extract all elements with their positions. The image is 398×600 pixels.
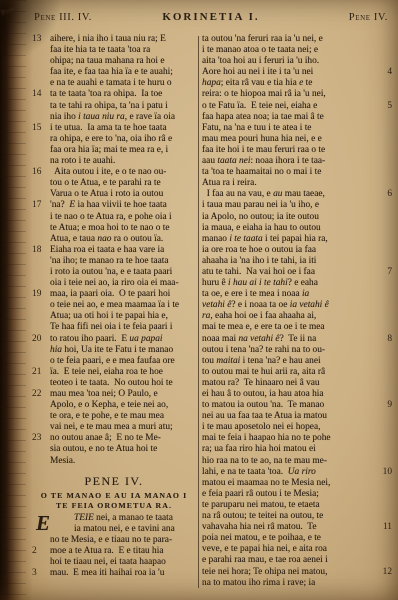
verse-line: Mesia. xyxy=(30,456,198,467)
verse-text: e na te auahi e tamata i te huru o xyxy=(50,78,172,88)
verse-line: 3mau. E mea iti haihai roa ia 'u xyxy=(30,568,198,579)
verse-text: tou o te Atua, e te parahi ra te xyxy=(50,178,161,188)
verse-line: 8noaa mai na vetahi ê? Te ii na xyxy=(202,334,392,345)
verse-text: Apolo, e o Kepha, e teie nei ao, xyxy=(50,400,168,410)
verse-text: ta outou 'na feruri raa ia 'u nei, e xyxy=(202,34,323,44)
verse-line: Atua; ua oti hoi i te papai hia e, xyxy=(30,311,198,322)
verse-text: i taua mau parau nei ia 'u iho, e xyxy=(202,200,319,210)
verse-text: to matou ia outou 'na. Te manao xyxy=(202,400,324,410)
verse-text: ei hau â to outou, ia hau atoa hia xyxy=(202,389,324,399)
verse-text: teoteo i te taata. No outou hoi te xyxy=(50,378,173,388)
verse-text: Atua; ua oti hoi i te papai hia e, xyxy=(50,311,168,321)
verse-text: no outou anae â; E no te Me- xyxy=(50,433,161,443)
verse-text: ta 'toa te haamaitai no o mai i te xyxy=(202,167,321,177)
verse-line: i te manao atoa o te taata nei; e xyxy=(202,45,392,56)
verse-line: mai te feia i haapao hia no te pohe xyxy=(202,433,392,444)
verse-text: vetahi ê? e i noaa ta oe ia vetahi ê xyxy=(202,300,329,310)
verse-text: faa ite hia ta te taata 'toa ra xyxy=(50,45,150,55)
verse-line: matou ra? Te hinaaro nei â vau xyxy=(202,378,392,389)
verse-number: 6 xyxy=(387,189,392,200)
verse-number: 2 xyxy=(32,546,37,557)
verse-text: mau. E mea iti haihai roa ia 'u xyxy=(50,568,164,578)
verse-line: hia hoi, Ua ite te Fatu i te manao xyxy=(30,345,198,356)
verse-line: i taua mau parau nei ia 'u iho, e xyxy=(202,200,392,211)
verse-text: ia ore roa te hoe o outou ia faa xyxy=(202,245,316,255)
verse-line: ta outou 'na feruri raa ia 'u nei, e xyxy=(202,34,392,45)
verse-line: e na te auahi e tamata i te huru o xyxy=(30,78,198,89)
right-column-verses: ta outou 'na feruri raa ia 'u nei, ei te… xyxy=(202,34,392,589)
verse-number: 8 xyxy=(387,334,392,345)
verse-text: I faa au na vau, e au mau taeae, xyxy=(202,189,325,199)
verse-text: 'na? E ia haa viivii te hoe taata xyxy=(50,200,167,210)
verse-line: na to matou iho rima i rave; ia xyxy=(202,578,392,589)
verse-line: Atua ra i reira. xyxy=(202,178,392,189)
verse-text: na râ outou; te teitei na outou, te xyxy=(202,511,323,521)
column-divider-rule xyxy=(198,36,199,588)
verse-text: e feia paari râ outou i te Mesia; xyxy=(202,489,319,499)
verse-line: nia iho i taua niu ra, e rave ïa oia xyxy=(30,112,198,123)
drop-cap-letter: E xyxy=(36,513,50,535)
verse-line: ia matou nei, e e tavini ana xyxy=(54,524,175,535)
verse-line: nei au ua faa taa te Atua ia matou xyxy=(202,411,392,422)
left-text-column: 13aihere, i nia iho i taua niu ra; Efaa … xyxy=(30,34,198,579)
verse-line: ra; ua faa riro hia hoi matou ei xyxy=(202,444,392,455)
verse-line: 15i te utua. Ia ama ta te hoe taata xyxy=(30,123,198,134)
verse-line: 14ta te taata 'toa ra ohipa. Ia toe xyxy=(30,89,198,100)
verse-text: ra, eaha hoi oe i faa ahaaha ai, xyxy=(202,311,316,321)
verse-line: mai te mea e, e ere ta oe i te mea xyxy=(202,322,392,333)
verse-text: na to matou iho rima i rave; ia xyxy=(202,578,315,588)
header-book-title: KORINETIA I. xyxy=(126,11,296,23)
verse-line: vetahi ê? e i noaa ta oe ia vetahi ê xyxy=(202,300,392,311)
verse-text: i roto ia outou 'na, e e taata paari xyxy=(50,267,172,277)
verse-line: 18Eiaha roa ei taata e haa vare ia xyxy=(30,245,198,256)
verse-text: o te feia paari, e e mea faufaa ore xyxy=(50,356,175,366)
verse-number: 17 xyxy=(32,200,41,211)
verse-text: ra ohipa, e ere to 'na, oia iho râ e xyxy=(50,134,172,144)
verse-text: te paruparu nei matou, te etaeta xyxy=(202,500,320,510)
verse-text: e parahi raa mau, e tae roa aenei i xyxy=(202,555,328,565)
verse-line: 2moe a te Atua ra. E e titau hia xyxy=(30,546,198,557)
verse-line: na roto i te auahi. xyxy=(30,156,198,167)
verse-text: ia maua, e eiaha ia hau to outou xyxy=(202,223,321,233)
chapter-subtitle-line2: TE FEIA OROMETUA RA. xyxy=(30,501,198,511)
verse-text: ia Apolo, no outou; ia ite outou xyxy=(202,212,319,222)
verse-line: ohipa; na taua mahana ra hoi e xyxy=(30,56,198,67)
verse-text: lahi, e na te taata 'toa. Ua riro xyxy=(202,467,316,477)
verse-line: e parahi raa mau, e tae roa aenei i xyxy=(202,555,392,566)
verse-line: ra ohipa, e ere to 'na, oia iho râ e xyxy=(30,134,198,145)
verse-line: 7atu te tahi. Na vai hoi oe i faa xyxy=(202,267,392,278)
verse-text: to ratou iho paari. E ua papai xyxy=(50,334,162,344)
verse-line: ra, eaha hoi oe i faa ahaaha ai, xyxy=(202,311,392,322)
verse-text: na roto i te auahi. xyxy=(50,156,115,166)
verse-line: 21ïa. E teie nei, eiaha roa te hoe xyxy=(30,367,198,378)
verse-line: 10lahi, e na te taata 'toa. Ua riro xyxy=(202,467,392,478)
verse-line: Atua, e taua nao ra o outou ïa. xyxy=(30,234,198,245)
verse-line: to outou mai te hui arii ra, aita râ xyxy=(202,367,392,378)
verse-text: Te haa fifi nei oia i te feia paari i xyxy=(50,322,172,332)
verse-text: Eiaha roa ei taata e haa vare ia xyxy=(50,245,164,255)
verse-text: aihere, i nia iho i taua niu ra; E xyxy=(50,34,166,44)
verse-number: 21 xyxy=(32,367,41,378)
verse-line: ia ore roa te hoe o outou ia faa xyxy=(202,245,392,256)
verse-text: ra; ua faa riro hia hoi matou ei xyxy=(202,444,316,454)
verse-text: matou ei maamaa no te Mesia nei, xyxy=(202,478,330,488)
verse-line: ia Apolo, no outou; ia ite outou xyxy=(202,212,392,223)
verse-line: o te feia paari, e e mea faufaa ore xyxy=(30,356,198,367)
verse-text: reira: o te hiopoa mai râ ia 'u nei, xyxy=(202,89,326,99)
verse-line: manao i te taata i tei papai hia ra, xyxy=(202,234,392,245)
verse-text: Varua o te Atua i roto ia outou xyxy=(50,189,163,199)
verse-line: 'na iho; te manao ra te hoe taata xyxy=(30,256,198,267)
verse-line: faa ite, e faa taa hia ïa e te auahi; xyxy=(30,67,198,78)
verse-text: faa ora hia ïa; mai te mea ra e, i xyxy=(50,145,168,155)
chapter-subtitle-line1: O TE MANAO E AU IA MANAO I xyxy=(30,491,198,501)
facing-page-ghost-text: Pene xyxy=(0,4,16,18)
verse-line: ta oe, e ere i te mea i noaa ia xyxy=(202,289,392,300)
verse-text: nia iho i taua niu ra, e rave ïa oia xyxy=(50,112,175,122)
verse-line: faa hapa atea noa; ia tae mai â te xyxy=(202,112,392,123)
verse-line: 19maa, ia paari oia. O te paari hoi xyxy=(30,289,198,300)
verse-text: Atua ra i reira. xyxy=(202,178,257,188)
verse-text: huru ê i hau ai i te tahi? e eaha xyxy=(202,278,318,288)
verse-line: 13aihere, i nia iho i taua niu ra; E xyxy=(30,34,198,45)
verse-text: 'na iho; te manao ra te hoe taata xyxy=(50,256,169,266)
verse-line: hoi te tiaau nei, ei taata haapao xyxy=(30,557,198,568)
verse-number: 15 xyxy=(32,123,41,134)
verse-text: manao i te taata i tei papai hia ra, xyxy=(202,234,328,244)
right-text-column: ta outou 'na feruri raa ia 'u nei, ei te… xyxy=(202,34,392,589)
header-chapter-right: Pene IV. xyxy=(296,12,388,23)
verse-line: 11vahavaha hia nei râ matou. Te xyxy=(202,522,392,533)
verse-text: poia nei matou, e te poihaa, e te xyxy=(202,533,321,543)
verse-number: 11 xyxy=(383,522,392,533)
verse-line: TEIE nei, a manao te taata xyxy=(54,513,175,524)
verse-line: na râ outou; te teitei na outou, te xyxy=(202,511,392,522)
verse-text: vahavaha hia nei râ matou. Te xyxy=(202,522,317,532)
verse-line: ia maua, e eiaha ia hau to outou xyxy=(202,223,392,234)
verse-line: vai nei, e te mau mea a muri atu; xyxy=(30,422,198,433)
verse-number: 22 xyxy=(32,389,41,400)
verse-text: ia matou nei, e e tavini ana xyxy=(74,524,175,534)
verse-number: 3 xyxy=(32,568,37,579)
verse-line: 4Aore hoi au nei i ite i ta 'u nei xyxy=(202,67,392,78)
verse-text: sia outou, e no te Atua hoi te xyxy=(50,444,157,454)
verse-number: 12 xyxy=(383,567,392,578)
verse-text: teie nei hora; Te ohipa nei matou, xyxy=(202,567,327,577)
verse-text: faa ite hoi i te mau feruri raa o te xyxy=(202,145,325,155)
verse-text: outou i tena 'na? te rahi na to ou- xyxy=(202,345,325,355)
verse-text: ahaaha ia 'na iho i te tahi, ia iti xyxy=(202,256,316,266)
verse-text: maa, ia paari oia. O te paari hoi xyxy=(50,289,170,299)
verse-line: ta te tahi ra ohipa, ta 'na i patu i xyxy=(30,101,198,112)
left-column-verses: 13aihere, i nia iho i taua niu ra; Efaa … xyxy=(30,34,198,467)
verse-line: 16 Aita outou i ite, e o te nao ou- xyxy=(30,167,198,178)
verse-text: Atua, e taua nao ra o outou ïa. xyxy=(50,234,163,244)
verse-number: 19 xyxy=(32,289,41,300)
verse-text: Aore hoi au nei i ite i ta 'u nei xyxy=(202,67,313,77)
verse-line: sia outou, e no te Atua hoi te xyxy=(30,444,198,455)
drop-cap-lines: TEIE nei, a manao te taataia matou nei, … xyxy=(54,513,175,535)
verse-line: Te haa fifi nei oia i te feia paari i xyxy=(30,322,198,333)
verse-text: ta te tahi ra ohipa, ta 'na i patu i xyxy=(50,101,168,111)
verse-line: te paruparu nei matou, te etaeta xyxy=(202,500,392,511)
verse-text: moe a te Atua ra. E e titau hia xyxy=(50,546,164,556)
verse-line: te Atua; e moa hoi to te nao o te xyxy=(30,223,198,234)
verse-text: i te nao o te Atua ra, e pohe oia i xyxy=(50,212,172,222)
verse-text: matou ra? Te hinaaro nei â vau xyxy=(202,378,320,388)
verse-text: Fatu, na 'na e tuu i te atea i te xyxy=(202,123,311,133)
verse-line: faa ite hoi i te mau feruri raa o te xyxy=(202,145,392,156)
verse-text: hia hoi, Ua ite te Fatu i te manao xyxy=(50,345,173,355)
verse-number: 9 xyxy=(387,400,392,411)
verse-text: i te manao atoa o te taata nei; e xyxy=(202,45,318,55)
verse-line: i roto ia outou 'na, e e taata paari xyxy=(30,267,198,278)
verse-number: 4 xyxy=(387,67,392,78)
verse-line: Varua o te Atua i roto ia outou xyxy=(30,189,198,200)
verse-number: 5 xyxy=(387,101,392,112)
verse-text: hoi te tiaau nei, ei taata haapao xyxy=(50,557,166,567)
verse-line: hapa; eita râ vau e tia hia e te xyxy=(202,78,392,89)
verse-line: 20to ratou iho paari. E ua papai xyxy=(30,334,198,345)
verse-line: e feia paari râ outou i te Mesia; xyxy=(202,489,392,500)
verse-line: hio raa na to te ao, na te mau me- xyxy=(202,456,392,467)
verse-line: faa ite hia ta te taata 'toa ra xyxy=(30,45,198,56)
verse-line: 5o te Fatu ïa. E teie nei, eiaha e xyxy=(202,101,392,112)
verse-text: noaa mai na vetahi ê? Te ii na xyxy=(202,334,316,344)
verse-line: 9to matou ia outou 'na. Te manao xyxy=(202,400,392,411)
verse-text: hio raa na to te ao, na te mau me- xyxy=(202,456,327,466)
verse-text: ohipa; na taua mahana ra hoi e xyxy=(50,56,165,66)
verse-line: ahaaha ia 'na iho i te tahi, ia iti xyxy=(202,256,392,267)
verse-text: o teie nei ao, e mea maamaa ïa i te xyxy=(50,300,179,310)
verse-line: Fatu, na 'na e tuu i te atea i te xyxy=(202,123,392,134)
book-gutter xyxy=(0,0,26,600)
verse-line: tou maitai i tena 'na? e hau anei xyxy=(202,356,392,367)
verse-line: 6 I faa au na vau, e au mau taeae, xyxy=(202,189,392,200)
verse-line: mau mea pouri huna hia nei, e e xyxy=(202,134,392,145)
verse-text: mau mea pouri huna hia nei, e e xyxy=(202,134,322,144)
verse-text: oia i teie nei ao, ia riro oia ei maa- xyxy=(50,278,179,288)
verse-line: veve, e te papai hia nei, e aita roa xyxy=(202,544,392,555)
verse-line: no te Mesia, e e tiaau no te para- xyxy=(30,535,198,546)
verse-number: 14 xyxy=(32,89,41,100)
verse-text: i te utua. Ia ama ta te hoe taata xyxy=(50,123,167,133)
chapter-four-verses: no te Mesia, e e tiaau no te para-2moe a… xyxy=(30,535,198,579)
verse-text: nei au ua faa taa te Atua ia matou xyxy=(202,411,327,421)
verse-line: huru ê i hau ai i te tahi? e eaha xyxy=(202,278,392,289)
verse-line: faa ora hia ïa; mai te mea ra e, i xyxy=(30,145,198,156)
book-page: Pene Pene III. IV. KORINETIA I. Pene IV.… xyxy=(0,0,398,600)
verse-line: teoteo i te taata. No outou hoi te xyxy=(30,378,198,389)
verse-text: mau mea 'toa nei; O Paulo, e xyxy=(50,389,158,399)
verse-text: o te Fatu ïa. E teie nei, eiaha e xyxy=(202,101,317,111)
verse-text: ta oe, e ere i te mea i noaa ia xyxy=(202,289,309,299)
verse-text: te ora, e te pohe, e te mau mea xyxy=(50,411,164,421)
verse-line: oia i teie nei ao, ia riro oia ei maa- xyxy=(30,278,198,289)
verse-text: aita 'toa hoi au i feruri ia 'u iho. xyxy=(202,56,319,66)
verse-line: 17'na? E ia haa viivii te hoe taata xyxy=(30,200,198,211)
verse-text: no te Mesia, e e tiaau no te para- xyxy=(50,535,172,545)
verse-number: 13 xyxy=(32,34,41,45)
verse-text: i te mau aposetolo nei ei hopea, xyxy=(202,422,320,432)
verse-line: Apolo, e o Kepha, e teie nei ao, xyxy=(30,400,198,411)
verse-line: poia nei matou, e te poihaa, e te xyxy=(202,533,392,544)
verse-line: 23no outou anae â; E no te Me- xyxy=(30,433,198,444)
header-chapter-left: Pene III. IV. xyxy=(34,12,126,23)
verse-line: tou o te Atua, e te parahi ra te xyxy=(30,178,198,189)
verse-line: reira: o te hiopoa mai râ ia 'u nei, xyxy=(202,89,392,100)
verse-line: ta 'toa te haamaitai no o mai i te xyxy=(202,167,392,178)
verse-text: ïa. E teie nei, eiaha roa te hoe xyxy=(50,367,163,377)
verse-line: 12teie nei hora; Te ohipa nei matou, xyxy=(202,567,392,578)
verse-text: ta te taata 'toa ra ohipa. Ia toe xyxy=(50,89,162,99)
verse-text: Mesia. xyxy=(50,456,75,466)
verse-number: 18 xyxy=(32,245,41,256)
verse-text: Aita outou i ite, e o te nao ou- xyxy=(50,167,166,177)
verse-text: TEIE nei, a manao te taata xyxy=(74,513,173,523)
verse-line: i te mau aposetolo nei ei hopea, xyxy=(202,422,392,433)
verse-text: te Atua; e moa hoi to te nao o te xyxy=(50,223,170,233)
verse-text: atu te tahi. Na vai hoi oe i faa xyxy=(202,267,315,277)
verse-text: vai nei, e te mau mea a muri atu; xyxy=(50,422,173,432)
verse-text: to outou mai te hui arii ra, aita râ xyxy=(202,367,325,377)
verse-text: mai te mea e, e ere ta oe i te mea xyxy=(202,322,325,332)
verse-text: faa ite, e faa taa hia ïa e te auahi; xyxy=(50,67,173,77)
verse-text: veve, e te papai hia nei, e aita roa xyxy=(202,544,327,554)
drop-cap-paragraph: E TEIE nei, a manao te taataia matou nei… xyxy=(30,513,198,535)
verse-number: 16 xyxy=(32,167,41,178)
verse-line: ei hau â to outou, ia hau atoa hia xyxy=(202,389,392,400)
running-header: Pene III. IV. KORINETIA I. Pene IV. xyxy=(34,11,388,26)
verse-text: faa hapa atea noa; ia tae mai â te xyxy=(202,112,324,122)
verse-number: 7 xyxy=(387,267,392,278)
verse-line: aita 'toa hoi au i feruri ia 'u iho. xyxy=(202,56,392,67)
verse-number: 10 xyxy=(383,467,392,478)
verse-line: matou ei maamaa no te Mesia nei, xyxy=(202,478,392,489)
verse-line: i te nao o te Atua ra, e pohe oia i xyxy=(30,212,198,223)
verse-line: 22mau mea 'toa nei; O Paulo, e xyxy=(30,389,198,400)
verse-line: o teie nei ao, e mea maamaa ïa i te xyxy=(30,300,198,311)
verse-number: 20 xyxy=(32,334,41,345)
chapter-heading: PENE IV. xyxy=(30,475,198,488)
verse-text: hapa; eita râ vau e tia hia e te xyxy=(202,78,312,88)
verse-line: outou i tena 'na? te rahi na to ou- xyxy=(202,345,392,356)
verse-text: tou maitai i tena 'na? e hau anei xyxy=(202,356,321,366)
verse-line: te ora, e te pohe, e te mau mea xyxy=(30,411,198,422)
verse-line: aau taata nei: noaa ihora i te taa- xyxy=(202,156,392,167)
verse-text: aau taata nei: noaa ihora i te taa- xyxy=(202,156,325,166)
verse-text: mai te feia i haapao hia no te pohe xyxy=(202,433,331,443)
verse-number: 23 xyxy=(32,433,41,444)
